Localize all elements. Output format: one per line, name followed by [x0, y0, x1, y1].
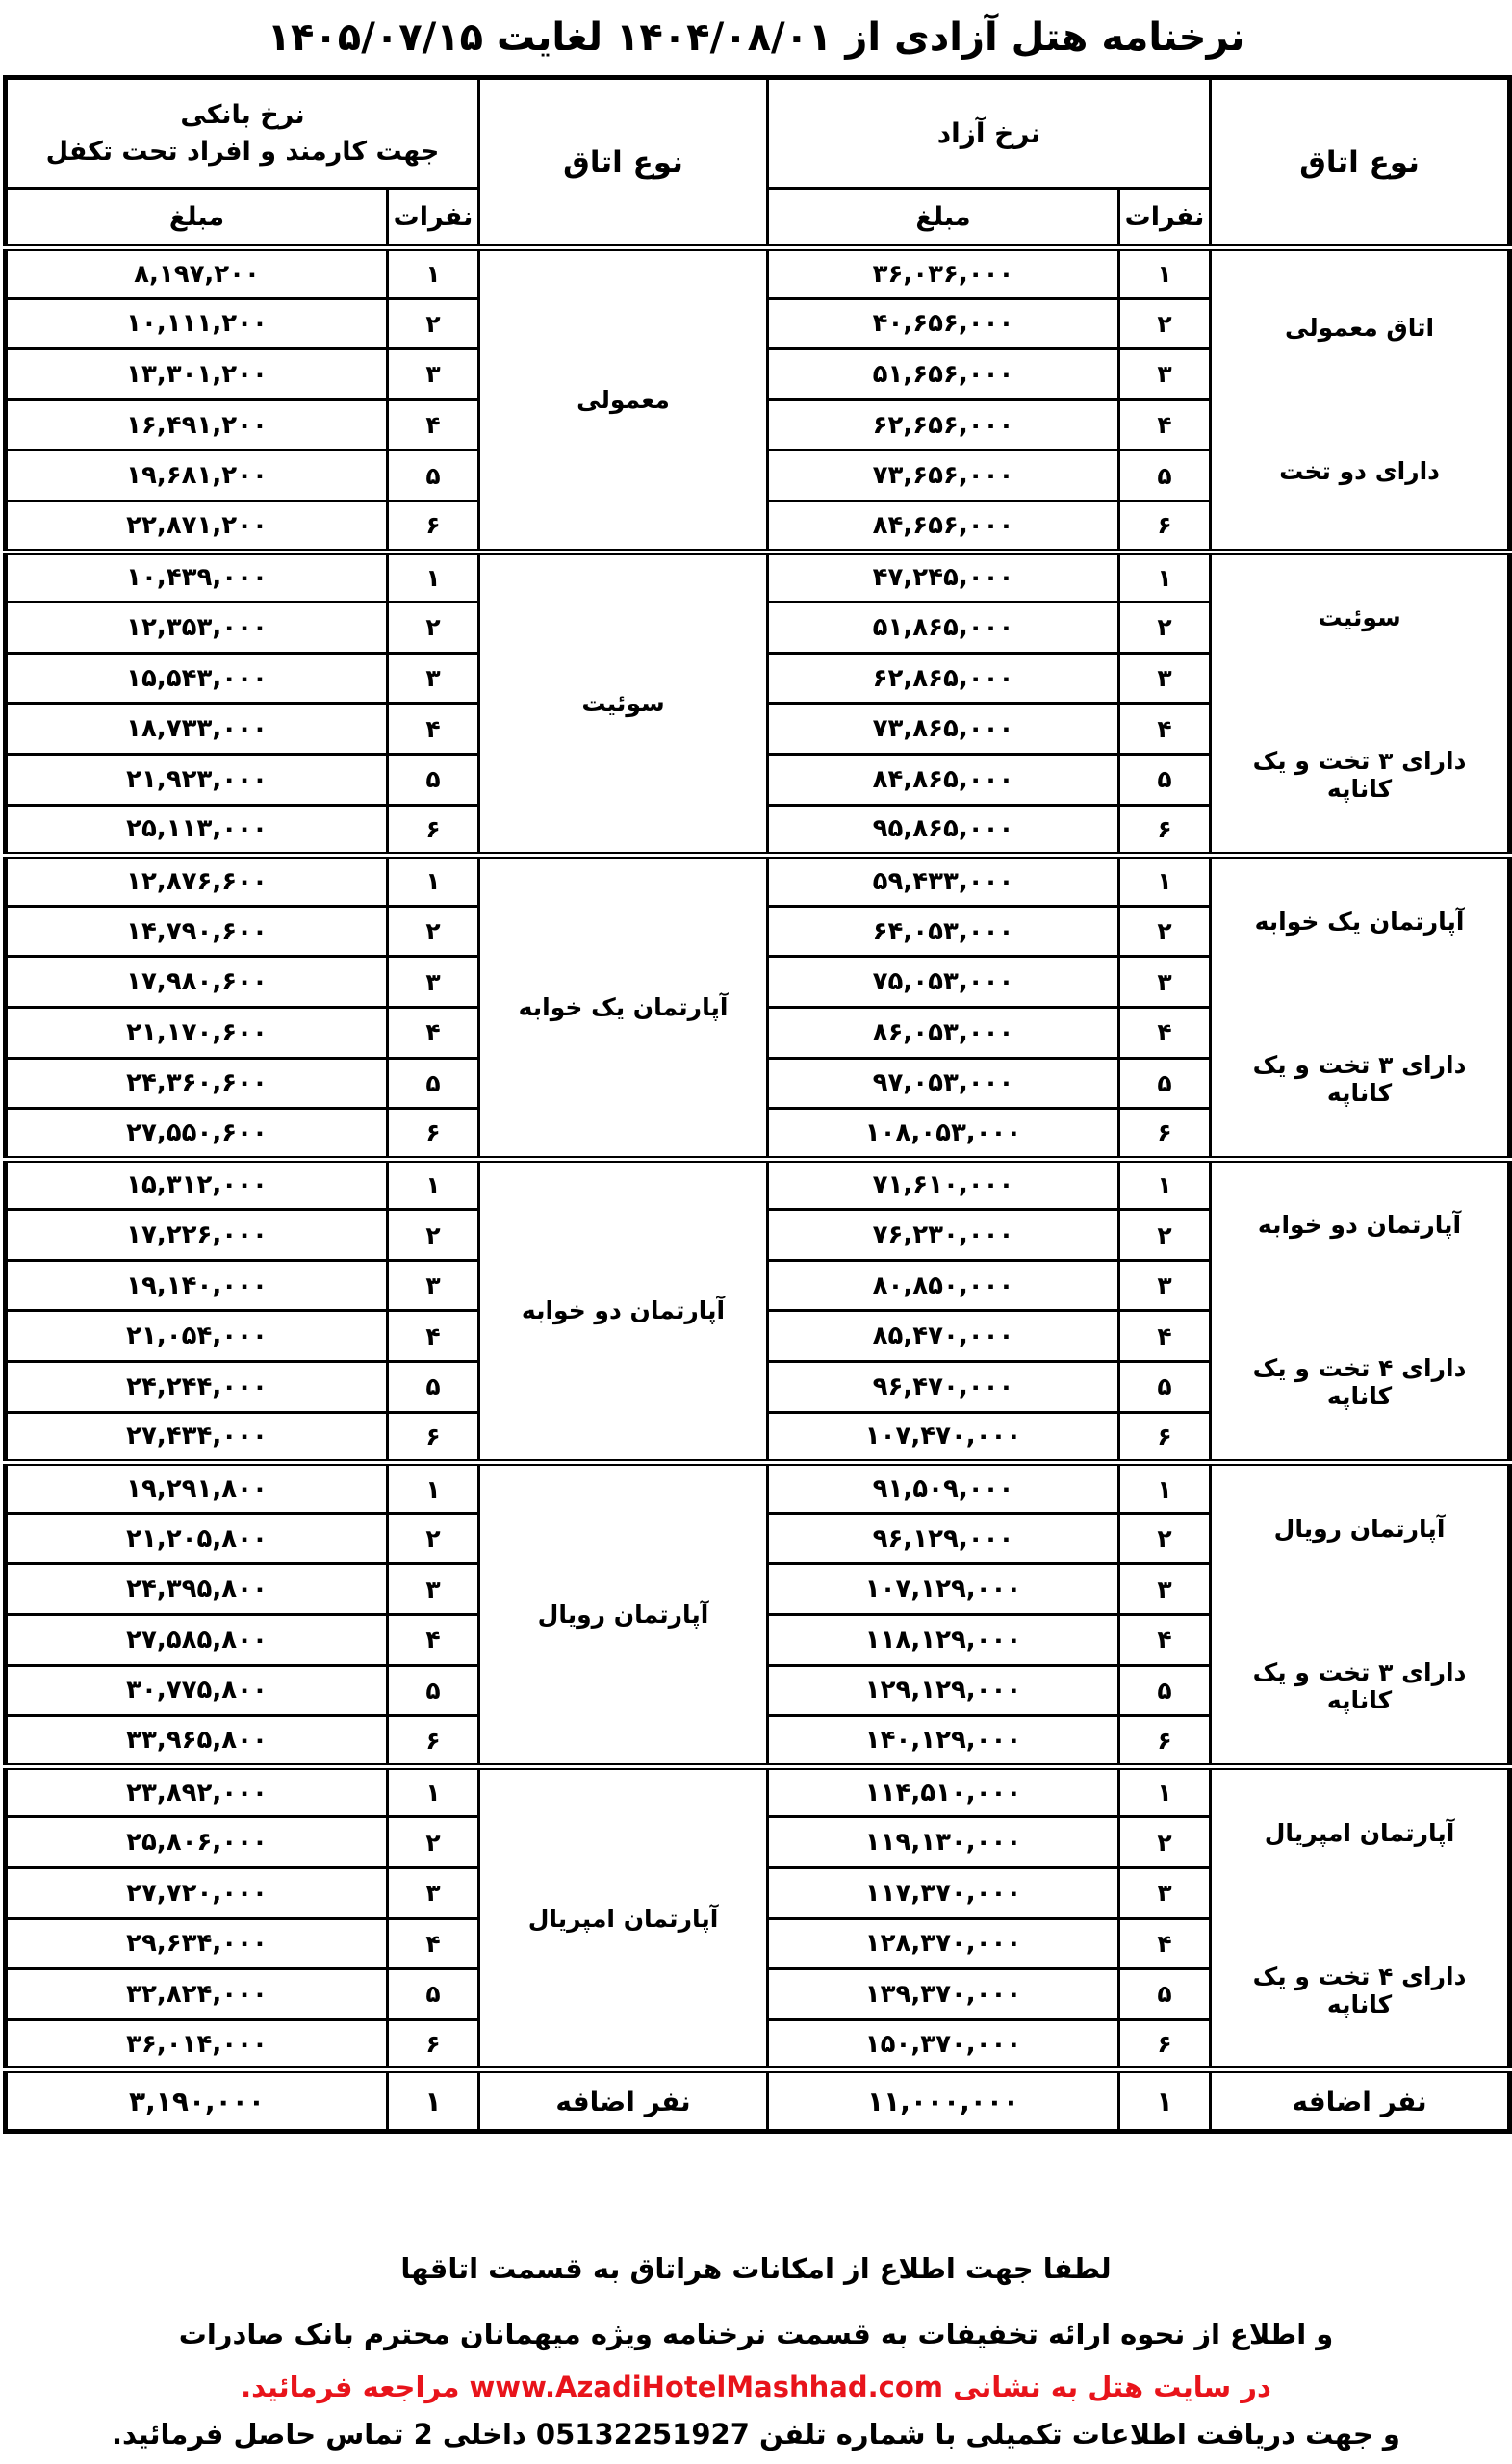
bank-amount: ۲۵,۱۱۳,۰۰۰ [6, 805, 388, 856]
free-amount: ۱۰۸,۰۵۳,۰۰۰ [768, 1109, 1119, 1160]
room-type-name: سوئیت [1217, 603, 1501, 631]
free-room-type: سوئیتدارای ۳ تخت و یک کاناپه [1211, 552, 1510, 856]
free-amount: ۷۵,۰۵۳,۰۰۰ [768, 957, 1119, 1008]
footer-line-4: و جهت دریافت اطلاعات تکمیلی با شماره تلف… [0, 2418, 1512, 2451]
room-type-beds: دارای ۴ تخت و یک کاناپه [1217, 1963, 1501, 2018]
bank-rate-title: نرخ بانکی [8, 97, 477, 134]
free-amount: ۱۴۰,۱۲۹,۰۰۰ [768, 1716, 1119, 1767]
bank-persons: ۶ [388, 1716, 479, 1767]
free-persons: ۴ [1119, 1007, 1211, 1058]
free-amount: ۷۶,۲۳۰,۰۰۰ [768, 1210, 1119, 1261]
free-persons: ۱ [1119, 248, 1211, 299]
bank-amount: ۳۶,۰۱۴,۰۰۰ [6, 2019, 388, 2070]
website-link[interactable]: www.AzadiHotelMashhad.com [470, 2371, 943, 2403]
bank-amount: ۱۶,۴۹۱,۲۰۰ [6, 399, 388, 450]
bank-persons: ۱ [388, 552, 479, 603]
bank-amount: ۲۴,۳۶۰,۶۰۰ [6, 1058, 388, 1109]
extra-bank-amount: ۳,۱۹۰,۰۰۰ [6, 2070, 388, 2132]
free-room-type: آپارتمان دو خوابهدارای ۴ تخت و یک کاناپه [1211, 1159, 1510, 1463]
free-persons: ۵ [1119, 754, 1211, 805]
free-amount: ۱۲۸,۳۷۰,۰۰۰ [768, 1918, 1119, 1969]
bank-persons: ۱ [388, 1766, 479, 1817]
bank-persons: ۵ [388, 1058, 479, 1109]
free-persons: ۶ [1119, 500, 1211, 552]
bank-amount: ۸,۱۹۷,۲۰۰ [6, 248, 388, 299]
free-amount: ۵۱,۸۶۵,۰۰۰ [768, 603, 1119, 654]
free-persons: ۳ [1119, 1564, 1211, 1615]
footer-line-1: لطفا جهت اطلاع از امکانات هراتاق به قسمت… [0, 2252, 1512, 2285]
free-persons: ۳ [1119, 349, 1211, 400]
bank-persons: ۲ [388, 298, 479, 349]
bank-amount: ۲۷,۷۲۰,۰۰۰ [6, 1868, 388, 1919]
free-room-type: آپارتمان امپریالدارای ۴ تخت و یک کاناپه [1211, 1766, 1510, 2070]
bank-amount: ۲۵,۸۰۶,۰۰۰ [6, 1817, 388, 1868]
bank-amount: ۱۵,۵۴۳,۰۰۰ [6, 653, 388, 704]
free-amount: ۹۷,۰۵۳,۰۰۰ [768, 1058, 1119, 1109]
free-amount: ۷۱,۶۱۰,۰۰۰ [768, 1159, 1119, 1210]
free-persons: ۴ [1119, 399, 1211, 450]
extra-free-amount: ۱۱,۰۰۰,۰۰۰ [768, 2070, 1119, 2132]
room-type-beds: دارای ۳ تخت و یک کاناپه [1217, 747, 1501, 803]
free-amount: ۵۹,۴۳۳,۰۰۰ [768, 856, 1119, 907]
bank-persons: ۳ [388, 1260, 479, 1311]
free-amount: ۶۴,۰۵۳,۰۰۰ [768, 906, 1119, 957]
free-persons: ۵ [1119, 1969, 1211, 2020]
room-type-name: آپارتمان رویال [1217, 1515, 1501, 1543]
bank-amount: ۱۰,۴۳۹,۰۰۰ [6, 552, 388, 603]
table-row: ۱۹,۲۹۱,۸۰۰۱آپارتمان رویال۹۱,۵۰۹,۰۰۰۱آپار… [6, 1463, 1510, 1514]
bank-room-type: آپارتمان دو خوابه [479, 1159, 768, 1463]
free-persons: ۴ [1119, 1311, 1211, 1362]
free-room-type-header: نوع اتاق [1211, 78, 1510, 248]
free-amount: ۶۲,۸۶۵,۰۰۰ [768, 653, 1119, 704]
free-amount: ۷۳,۸۶۵,۰۰۰ [768, 704, 1119, 755]
free-rate-header: نرخ آزاد [768, 78, 1211, 189]
footer-line-2: و اطلاع از نحوه ارائه تخفیفات به قسمت نر… [0, 2318, 1512, 2350]
room-type-beds: دارای ۳ تخت و یک کاناپه [1217, 1051, 1501, 1107]
free-amount: ۹۵,۸۶۵,۰۰۰ [768, 805, 1119, 856]
bank-amount: ۲۹,۶۳۴,۰۰۰ [6, 1918, 388, 1969]
footer-website-prefix: در سایت هتل به نشانی [953, 2371, 1271, 2403]
free-amount: ۳۶,۰۳۶,۰۰۰ [768, 248, 1119, 299]
free-amount: ۹۱,۵۰۹,۰۰۰ [768, 1463, 1119, 1514]
bank-amount: ۲۴,۳۹۵,۸۰۰ [6, 1564, 388, 1615]
free-persons: ۴ [1119, 1918, 1211, 1969]
bank-persons: ۶ [388, 500, 479, 552]
bank-rate-subtitle: جهت کارمند و افراد تحت تکفل [8, 134, 477, 170]
extra-free-label: نفر اضافه [1211, 2070, 1510, 2132]
bank-room-type-header: نوع اتاق [479, 78, 768, 248]
bank-persons: ۵ [388, 754, 479, 805]
bank-persons: ۲ [388, 1210, 479, 1261]
free-persons: ۱ [1119, 552, 1211, 603]
bank-persons: ۴ [388, 1007, 479, 1058]
bank-amount: ۲۱,۲۰۵,۸۰۰ [6, 1513, 388, 1564]
free-persons: ۶ [1119, 805, 1211, 856]
footer-phone-prefix: و جهت دریافت اطلاعات تکمیلی با شماره تلف… [759, 2418, 1400, 2451]
bank-room-type: آپارتمان امپریال [479, 1766, 768, 2070]
free-persons: ۲ [1119, 603, 1211, 654]
free-amount: ۱۱۹,۱۳۰,۰۰۰ [768, 1817, 1119, 1868]
footer-phone-suffix: داخلی 2 تماس حاصل فرمائید. [112, 2418, 526, 2451]
bank-amount: ۱۹,۱۴۰,۰۰۰ [6, 1260, 388, 1311]
bank-amount: ۱۰,۱۱۱,۲۰۰ [6, 298, 388, 349]
free-persons: ۲ [1119, 1817, 1211, 1868]
bank-persons: ۳ [388, 957, 479, 1008]
extra-person-row: ۳,۱۹۰,۰۰۰۱نفر اضافه۱۱,۰۰۰,۰۰۰۱نفر اضافه [6, 2070, 1510, 2132]
bank-amount: ۱۷,۲۲۶,۰۰۰ [6, 1210, 388, 1261]
table-row: ۲۳,۸۹۲,۰۰۰۱آپارتمان امپریال۱۱۴,۵۱۰,۰۰۰۱آ… [6, 1766, 1510, 1817]
bank-persons: ۵ [388, 450, 479, 501]
free-persons: ۲ [1119, 906, 1211, 957]
bank-amount: ۱۵,۳۱۲,۰۰۰ [6, 1159, 388, 1210]
free-amount: ۱۰۷,۴۷۰,۰۰۰ [768, 1412, 1119, 1463]
room-type-beds: دارای ۴ تخت و یک کاناپه [1217, 1354, 1501, 1410]
page-title: نرخنامه هتل آزادی از ۱۴۰۴/۰۸/۰۱ لغایت ۱۴… [0, 8, 1512, 67]
bank-room-type: سوئیت [479, 552, 768, 856]
bank-persons-header: نفرات [388, 189, 479, 248]
free-persons: ۱ [1119, 1463, 1211, 1514]
free-persons: ۶ [1119, 1109, 1211, 1160]
free-persons: ۳ [1119, 1868, 1211, 1919]
bank-persons: ۱ [388, 1463, 479, 1514]
free-persons: ۱ [1119, 1766, 1211, 1817]
free-persons: ۵ [1119, 1665, 1211, 1716]
free-amount: ۱۵۰,۳۷۰,۰۰۰ [768, 2019, 1119, 2070]
bank-rate-header: نرخ بانکی جهت کارمند و افراد تحت تکفل [6, 78, 479, 189]
free-persons: ۵ [1119, 450, 1211, 501]
bank-persons: ۲ [388, 1513, 479, 1564]
free-amount: ۹۶,۴۷۰,۰۰۰ [768, 1362, 1119, 1413]
room-type-name: اتاق معمولی [1217, 314, 1501, 342]
free-persons: ۳ [1119, 1260, 1211, 1311]
bank-amount: ۱۷,۹۸۰,۶۰۰ [6, 957, 388, 1008]
bank-persons: ۴ [388, 1918, 479, 1969]
free-amount: ۱۱۷,۳۷۰,۰۰۰ [768, 1868, 1119, 1919]
bank-amount: ۲۳,۸۹۲,۰۰۰ [6, 1766, 388, 1817]
footer-website-suffix: مراجعه فرمائید. [241, 2371, 459, 2403]
free-amount: ۴۷,۲۴۵,۰۰۰ [768, 552, 1119, 603]
bank-amount: ۱۸,۷۳۳,۰۰۰ [6, 704, 388, 755]
bank-persons: ۶ [388, 2019, 479, 2070]
free-persons: ۴ [1119, 1615, 1211, 1666]
free-amount: ۶۲,۶۵۶,۰۰۰ [768, 399, 1119, 450]
free-persons: ۳ [1119, 653, 1211, 704]
free-persons: ۲ [1119, 1513, 1211, 1564]
bank-room-type: معمولی [479, 248, 768, 552]
free-amount: ۱۲۹,۱۲۹,۰۰۰ [768, 1665, 1119, 1716]
free-persons: ۵ [1119, 1058, 1211, 1109]
bank-amount: ۱۲,۸۷۶,۶۰۰ [6, 856, 388, 907]
bank-amount: ۳۳,۹۶۵,۸۰۰ [6, 1716, 388, 1767]
bank-amount: ۱۴,۷۹۰,۶۰۰ [6, 906, 388, 957]
bank-amount: ۲۱,۰۵۴,۰۰۰ [6, 1311, 388, 1362]
bank-amount: ۳۰,۷۷۵,۸۰۰ [6, 1665, 388, 1716]
free-amount: ۸۴,۶۵۶,۰۰۰ [768, 500, 1119, 552]
bank-amount: ۲۷,۵۵۰,۶۰۰ [6, 1109, 388, 1160]
table-row: ۸,۱۹۷,۲۰۰۱معمولی۳۶,۰۳۶,۰۰۰۱اتاق معمولیدا… [6, 248, 1510, 299]
bank-persons: ۶ [388, 805, 479, 856]
bank-room-type: آپارتمان رویال [479, 1463, 768, 1767]
bank-persons: ۱ [388, 1159, 479, 1210]
bank-amount: ۱۹,۶۸۱,۲۰۰ [6, 450, 388, 501]
bank-amount: ۲۴,۲۴۴,۰۰۰ [6, 1362, 388, 1413]
bank-persons: ۴ [388, 1311, 479, 1362]
bank-persons: ۵ [388, 1362, 479, 1413]
free-amount: ۴۰,۶۵۶,۰۰۰ [768, 298, 1119, 349]
free-room-type: آپارتمان یک خوابهدارای ۳ تخت و یک کاناپه [1211, 856, 1510, 1160]
free-persons: ۲ [1119, 1210, 1211, 1261]
bank-persons: ۵ [388, 1969, 479, 2020]
free-amount: ۸۵,۴۷۰,۰۰۰ [768, 1311, 1119, 1362]
bank-persons: ۶ [388, 1412, 479, 1463]
bank-persons: ۴ [388, 704, 479, 755]
bank-amount-header: مبلغ [6, 189, 388, 248]
bank-amount: ۱۳,۳۰۱,۲۰۰ [6, 349, 388, 400]
bank-persons: ۴ [388, 1615, 479, 1666]
bank-persons: ۳ [388, 653, 479, 704]
bank-amount: ۲۷,۴۳۴,۰۰۰ [6, 1412, 388, 1463]
bank-amount: ۳۲,۸۲۴,۰۰۰ [6, 1969, 388, 2020]
bank-persons: ۶ [388, 1109, 479, 1160]
free-amount: ۱۱۴,۵۱۰,۰۰۰ [768, 1766, 1119, 1817]
bank-amount: ۲۱,۹۲۳,۰۰۰ [6, 754, 388, 805]
extra-bank-label: نفر اضافه [479, 2070, 768, 2132]
room-type-name: آپارتمان دو خوابه [1217, 1211, 1501, 1239]
bank-persons: ۳ [388, 349, 479, 400]
bank-amount: ۱۹,۲۹۱,۸۰۰ [6, 1463, 388, 1514]
free-room-type: آپارتمان رویالدارای ۳ تخت و یک کاناپه [1211, 1463, 1510, 1767]
free-persons: ۲ [1119, 298, 1211, 349]
free-amount: ۸۴,۸۶۵,۰۰۰ [768, 754, 1119, 805]
bank-persons: ۴ [388, 399, 479, 450]
bank-amount: ۲۲,۸۷۱,۲۰۰ [6, 500, 388, 552]
bank-persons: ۱ [388, 856, 479, 907]
bank-persons: ۲ [388, 603, 479, 654]
bank-persons: ۳ [388, 1564, 479, 1615]
footer-line-3: در سایت هتل به نشانی www.AzadiHotelMashh… [0, 2371, 1512, 2403]
bank-persons: ۵ [388, 1665, 479, 1716]
free-room-type: اتاق معمولیدارای دو تخت [1211, 248, 1510, 552]
free-persons: ۶ [1119, 1412, 1211, 1463]
free-amount: ۱۳۹,۳۷۰,۰۰۰ [768, 1969, 1119, 2020]
free-amount: ۸۶,۰۵۳,۰۰۰ [768, 1007, 1119, 1058]
free-persons: ۴ [1119, 704, 1211, 755]
extra-bank-persons: ۱ [388, 2070, 479, 2132]
free-persons: ۱ [1119, 856, 1211, 907]
free-persons: ۱ [1119, 1159, 1211, 1210]
free-amount: ۹۶,۱۲۹,۰۰۰ [768, 1513, 1119, 1564]
bank-amount: ۱۲,۳۵۳,۰۰۰ [6, 603, 388, 654]
room-type-beds: دارای دو تخت [1217, 457, 1501, 485]
bank-room-type: آپارتمان یک خوابه [479, 856, 768, 1160]
bank-persons: ۲ [388, 906, 479, 957]
free-amount: ۵۱,۶۵۶,۰۰۰ [768, 349, 1119, 400]
free-persons: ۶ [1119, 1716, 1211, 1767]
bank-persons: ۱ [388, 248, 479, 299]
bank-persons: ۳ [388, 1868, 479, 1919]
table-row: ۱۲,۸۷۶,۶۰۰۱آپارتمان یک خوابه۵۹,۴۳۳,۰۰۰۱آ… [6, 856, 1510, 907]
phone-number[interactable]: 05132251927 [536, 2418, 750, 2451]
rates-table: نرخ بانکی جهت کارمند و افراد تحت تکفل نو… [3, 75, 1512, 2134]
room-type-name: آپارتمان یک خوابه [1217, 908, 1501, 936]
free-persons: ۶ [1119, 2019, 1211, 2070]
table-row: ۱۵,۳۱۲,۰۰۰۱آپارتمان دو خوابه۷۱,۶۱۰,۰۰۰۱آ… [6, 1159, 1510, 1210]
table-row: ۱۰,۴۳۹,۰۰۰۱سوئیت۴۷,۲۴۵,۰۰۰۱سوئیتدارای ۳ … [6, 552, 1510, 603]
free-persons-header: نفرات [1119, 189, 1211, 248]
free-persons: ۵ [1119, 1362, 1211, 1413]
room-type-name: آپارتمان امپریال [1217, 1819, 1501, 1847]
free-amount-header: مبلغ [768, 189, 1119, 248]
extra-free-persons: ۱ [1119, 2070, 1211, 2132]
free-amount: ۱۱۸,۱۲۹,۰۰۰ [768, 1615, 1119, 1666]
bank-persons: ۲ [388, 1817, 479, 1868]
free-persons: ۳ [1119, 957, 1211, 1008]
room-type-beds: دارای ۳ تخت و یک کاناپه [1217, 1658, 1501, 1714]
bank-amount: ۲۱,۱۷۰,۶۰۰ [6, 1007, 388, 1058]
bank-amount: ۲۷,۵۸۵,۸۰۰ [6, 1615, 388, 1666]
free-amount: ۸۰,۸۵۰,۰۰۰ [768, 1260, 1119, 1311]
free-amount: ۱۰۷,۱۲۹,۰۰۰ [768, 1564, 1119, 1615]
free-amount: ۷۳,۶۵۶,۰۰۰ [768, 450, 1119, 501]
